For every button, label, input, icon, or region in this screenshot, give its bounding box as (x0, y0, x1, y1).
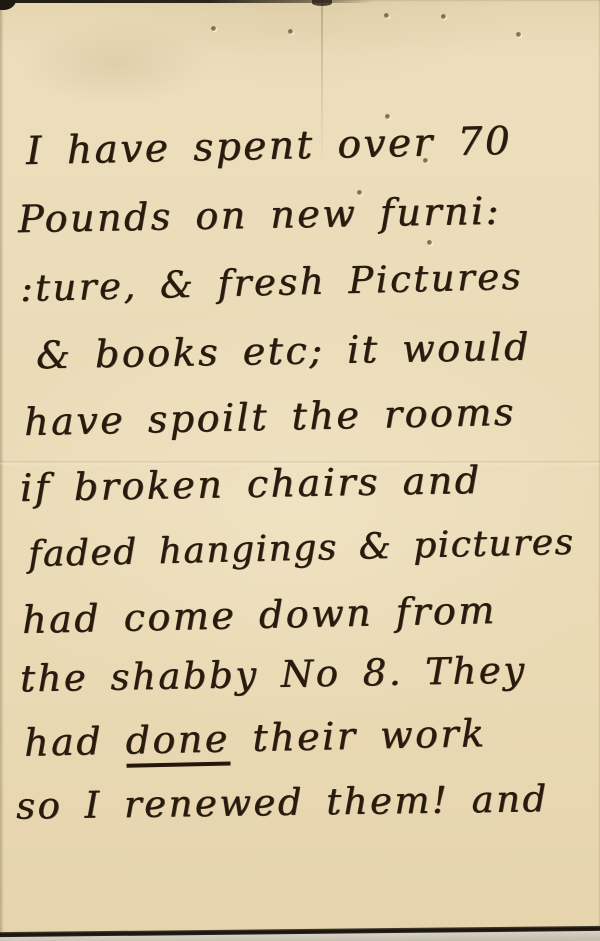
letter-line: & books etc; it would (36, 322, 532, 381)
paper-edge-notch (312, 0, 332, 6)
line-text: & books etc; it would (36, 325, 532, 378)
letter-line: faded hangings & pictures (28, 518, 576, 580)
pinhole-mark (288, 29, 293, 34)
pinhole-mark (441, 14, 446, 19)
letter-line: have spoilt the rooms (24, 387, 517, 447)
line-text: had come down from (22, 588, 498, 642)
pinhole-mark (516, 32, 521, 37)
line-text: faded hangings & pictures (28, 522, 575, 575)
letter-line: I have spent over 70 (26, 117, 513, 177)
letter-line: so I renewed them! and (16, 774, 549, 831)
pinhole-mark (384, 13, 389, 18)
line-text: so I renewed them! and (16, 777, 549, 827)
letter-line: if broken chairs and (20, 455, 482, 513)
underlined-word: done (125, 717, 230, 768)
line-text: :ture, & fresh Pictures (20, 255, 524, 310)
line-text: have spoilt the rooms (24, 390, 517, 444)
letter-line: Pounds on new furni: (18, 186, 502, 244)
line-text: I have spent over 70 (26, 119, 513, 174)
letter-line: :ture, & fresh Pictures (19, 252, 523, 314)
line-text: had (24, 719, 126, 765)
line-text: if broken chairs and (20, 458, 482, 510)
pinhole-mark (211, 26, 216, 31)
letter-page: I have spent over 70 Pounds on new furni… (0, 0, 600, 933)
line-text: Pounds on new furni: (18, 189, 502, 241)
letter-line: the shabby No 8. They (20, 646, 527, 705)
line-text: their work (229, 711, 487, 760)
line-text: the shabby No 8. They (20, 649, 527, 701)
letter-line: had come down from (22, 585, 498, 645)
pinhole-mark (427, 240, 432, 245)
pinhole-mark (385, 114, 390, 119)
scanned-letter: I have spent over 70 Pounds on new furni… (0, 0, 600, 941)
letter-line: had done their work (24, 708, 487, 768)
